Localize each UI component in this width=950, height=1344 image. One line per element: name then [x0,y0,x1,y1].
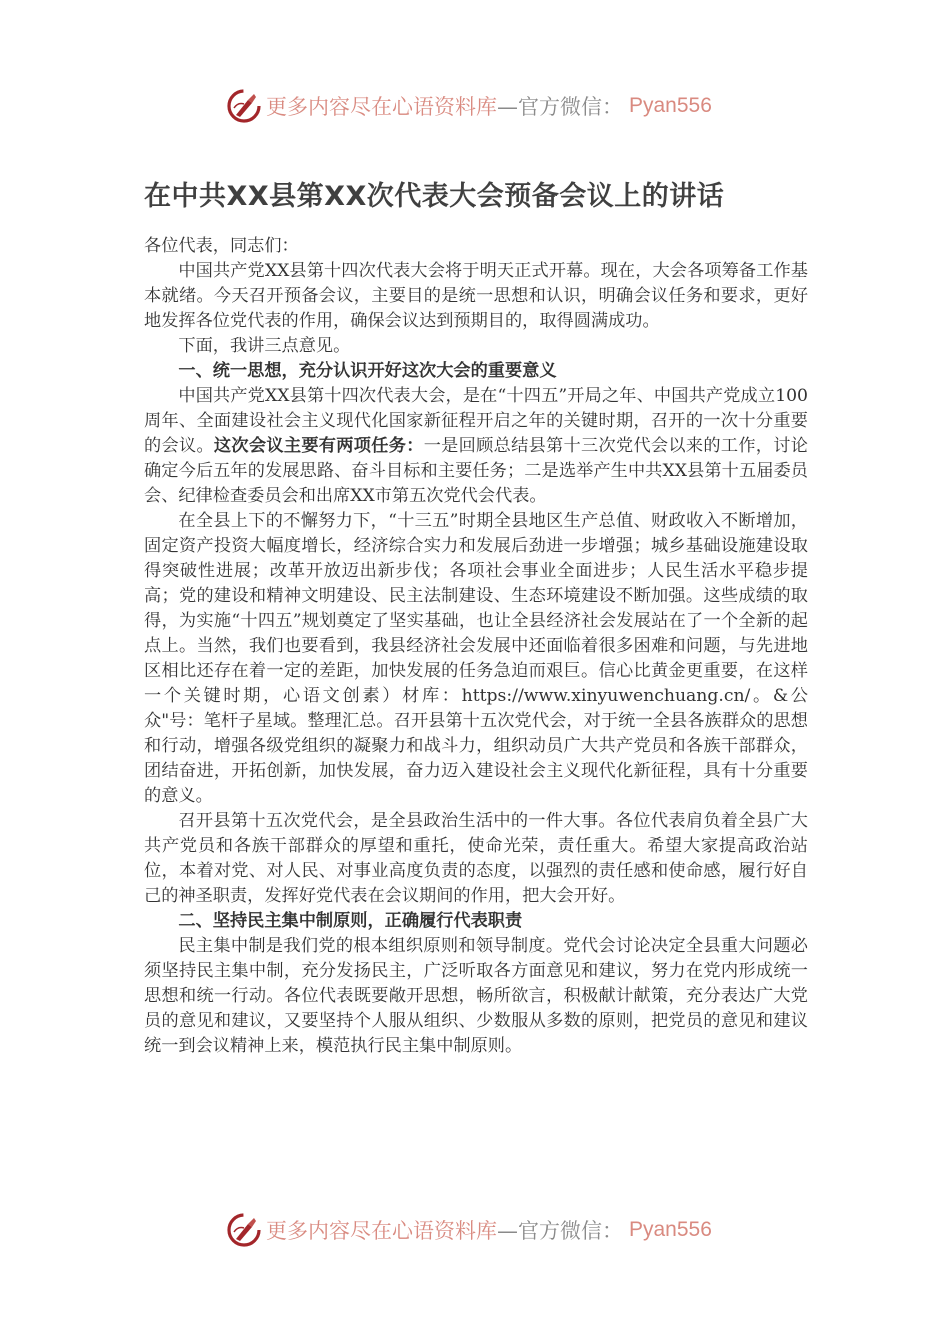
paragraph-three-points: 下面，我讲三点意见。 [144,334,808,359]
banner-separator: —官方微信： [497,91,623,121]
paragraph-text: 在全县上下的不懈努力下，“十三五”时期全县地区生产总值、财政收入不断增加，固定资… [144,511,808,731]
banner-slogan: 更多内容尽在心语资料库 [266,1215,497,1245]
paragraph-democratic-centralism: 民主集中制是我们党的根本组织原则和领导制度。党代会讨论决定全县重大问题必须坚持民… [144,934,808,1059]
salutation: 各位代表，同志们： [144,234,808,259]
paragraph-achievements: 在全县上下的不懈努力下，“十三五”时期全县地区生产总值、财政收入不断增加，固定资… [144,509,808,809]
quill-pen-logo-icon [226,1212,262,1248]
section-heading-1: 一、统一思想，充分认识开好这次大会的重要意义 [144,359,808,384]
banner-wechat-id: Pyan556 [629,1218,712,1242]
paragraph-meeting-tasks: 中国共产党XX县第十四次代表大会，是在“十四五”开局之年、中国共产党成立100周… [144,384,808,509]
header-watermark-banner: 更多内容尽在心语资料库 —官方微信： Pyan556 [226,84,726,128]
bold-emphasis: 这次会议主要有两项任务： [214,436,424,456]
section-heading-2: 二、坚持民主集中制原则，正确履行代表职责 [144,909,808,934]
paragraph-intro: 中国共产党XX县第十四次代表大会将于明天正式开幕。现在，大会各项筹备工作基本就绪… [144,259,808,334]
quill-pen-logo-icon [226,88,262,124]
banner-slogan: 更多内容尽在心语资料库 [266,91,497,121]
banner-separator: —官方微信： [497,1215,623,1245]
paragraph-responsibility: 召开县第十五次党代会，是全县政治生活中的一件大事。各位代表肩负着全县广大共产党员… [144,809,808,909]
banner-wechat-id: Pyan556 [629,94,712,118]
document-body: 各位代表，同志们： 中国共产党XX县第十四次代表大会将于明天正式开幕。现在，大会… [144,234,808,1059]
document-title: 在中共XX县第XX次代表大会预备会议上的讲话 [144,174,824,213]
footer-watermark-banner: 更多内容尽在心语资料库 —官方微信： Pyan556 [226,1208,726,1252]
